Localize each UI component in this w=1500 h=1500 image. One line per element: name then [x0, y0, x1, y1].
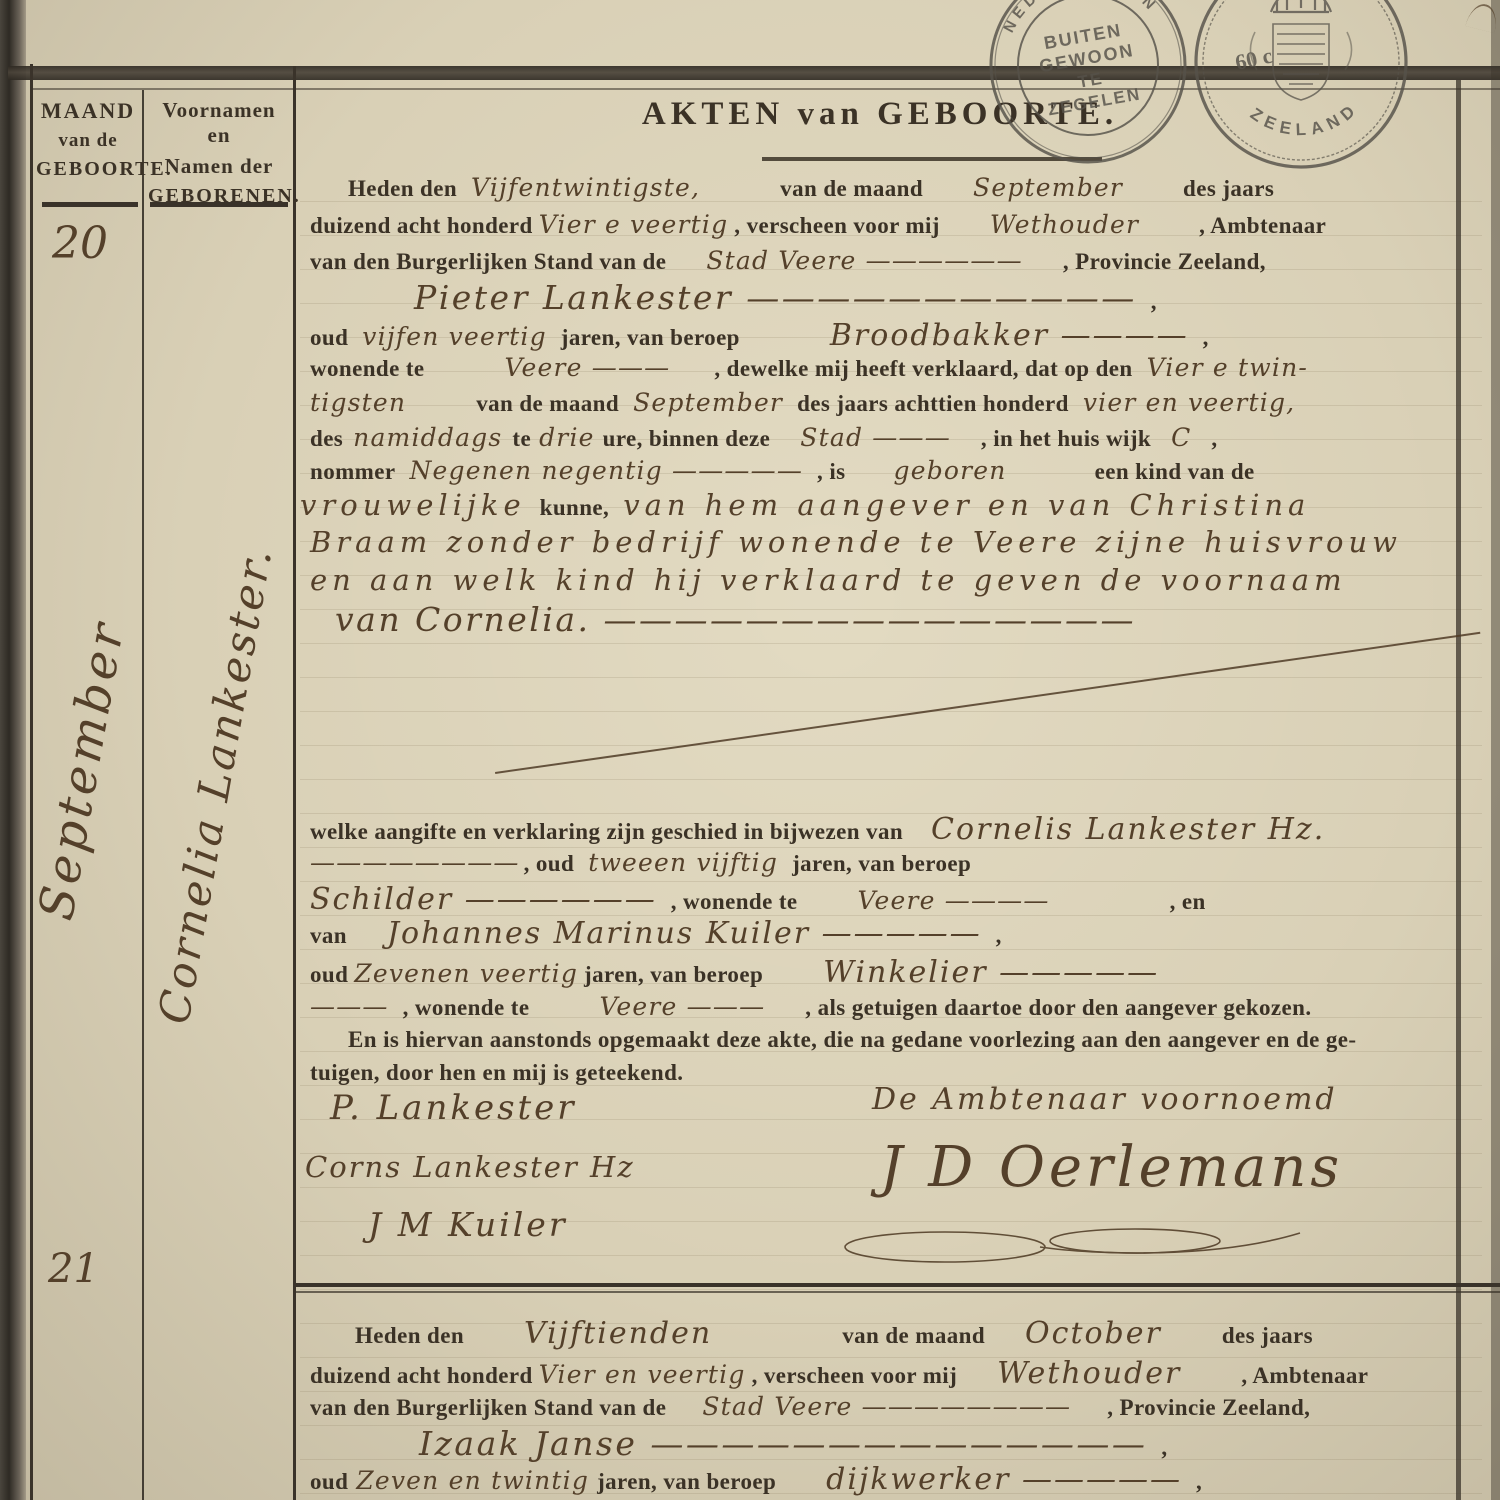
act2-line4: Izaak Janse ——————————————, — [310, 1424, 1500, 1463]
handwritten-age: vijfen veertig — [362, 322, 546, 351]
printed-text: En is hiervan aanstonds opgemaakt deze a… — [348, 1027, 1356, 1052]
printed-text: duizend acht honderd — [310, 213, 533, 238]
handwritten-witness2-residence: Veere ——— — [599, 992, 765, 1021]
col1-header-line1: MAAND — [36, 98, 140, 124]
act1-line13: van Cornelia. ——————————————— — [310, 600, 1500, 639]
handwritten-birth-month: September — [633, 388, 783, 417]
printed-text: oud — [310, 962, 348, 987]
printed-text: , verscheen voor mij — [734, 213, 940, 238]
printed-text: van de maand — [780, 176, 923, 201]
col2-header-line1: Voornamen en — [148, 98, 290, 148]
stamp2-region-text: ZEELAND — [1247, 98, 1363, 139]
act1-line9: nommerNegenen negentig —————, isgeborene… — [310, 456, 1485, 485]
act1-line20: En is hiervan aanstonds opgemaakt deze a… — [310, 1027, 1500, 1053]
handwritten-hour: drie — [539, 423, 595, 452]
printed-text: , Provincie Zeeland, — [1107, 1395, 1310, 1420]
printed-text: kunne, — [540, 495, 610, 520]
printed-text: , en — [1170, 889, 1206, 914]
handwritten-month: September — [973, 173, 1123, 202]
book-binding-edge — [0, 0, 26, 1500]
printed-text: jaren, van beroep — [584, 962, 763, 987]
handwritten-witness2-age: Zevenen veertig — [354, 959, 578, 988]
svg-text:ZEELAND: ZEELAND — [1247, 98, 1363, 139]
handwritten-birth-day-cont: tigsten — [310, 388, 406, 417]
act1-line14: welke aangifte en verklaring zijn geschi… — [310, 812, 1485, 847]
printed-text: nommer — [310, 459, 395, 484]
printed-text: jaren, van beroep — [561, 325, 740, 350]
act1-line12: en aan welk kind hij verklaard te geven … — [310, 563, 1485, 597]
handwritten-child-name: van Cornelia. ——————————————— — [335, 600, 1136, 639]
act1-line19: ———, wonende teVeere ———, als getuigen d… — [310, 992, 1485, 1021]
act1-line3: van den Burgerlijken Stand van deStad Ve… — [310, 246, 1485, 275]
act2-line1: Heden denVijftiendenvan de maandOctoberd… — [310, 1316, 1500, 1351]
handwritten-mother-intro: van hem aangever en van Christina — [623, 488, 1310, 522]
col2-header-line2: Namen der — [148, 154, 290, 179]
handwritten-day: Vijftienden — [524, 1316, 712, 1351]
handwritten-mother-details: Braam zonder bedrijf wonende te Veere zi… — [310, 525, 1402, 559]
col2-child-name-vertical: Cornelia Lankester. — [149, 542, 282, 1027]
act2-line2: duizend acht honderdVier en veertig, ver… — [310, 1356, 1485, 1391]
printed-text: des jaars — [1222, 1323, 1313, 1348]
act1-line7: tigstenvan de maandSeptemberdes jaars ac… — [310, 388, 1485, 417]
printed-text: , — [1203, 325, 1209, 350]
handwritten-witness1-residence: Veere ———— — [858, 886, 1050, 915]
column1-header: MAAND van de GEBOORTE. — [36, 98, 140, 181]
printed-text: van de maand — [476, 391, 619, 416]
printed-text: , als getuigen daartoe door den aangever… — [805, 995, 1311, 1020]
col1-header-rule — [42, 202, 138, 207]
handwritten-residence: Veere ——— — [505, 353, 671, 382]
handwritten-witness1-name: Cornelis Lankester Hz. — [931, 812, 1325, 847]
tax-stamp-zeeland: 60 c ZEELAND — [1185, 0, 1417, 174]
printed-text: , oud — [524, 851, 575, 876]
handwritten-age: Zeven en twintig — [356, 1466, 589, 1495]
printed-text: des jaars achttien honderd — [797, 391, 1069, 416]
signature-declarant: P. Lankester — [330, 1088, 577, 1128]
handwritten-year: Vier en veertig — [539, 1360, 746, 1389]
handwritten-occupation: Broodbakker ———— — [830, 318, 1189, 353]
act1-line2: duizend acht honderdVier e veertig, vers… — [310, 210, 1485, 239]
printed-text: des — [310, 426, 343, 451]
handwritten-birthplace: Stad ——— — [800, 423, 951, 452]
printed-text: ure, binnen deze — [603, 426, 771, 451]
printed-text: , in het huis wijk — [981, 426, 1151, 451]
handwritten-declarant-name: Izaak Janse —————————————— — [419, 1424, 1147, 1463]
handwritten-sex: vrouwelijke — [300, 488, 526, 522]
act1-line18: oudZevenen veertigjaren, van beroepWinke… — [310, 955, 1485, 990]
handwritten-born-word: geboren — [894, 456, 1007, 485]
handwritten-witness1-occupation: Schilder —————— — [310, 882, 657, 917]
printed-text: oud — [310, 325, 348, 350]
stamp1-center-line3: TE — [1076, 69, 1105, 92]
handwritten-occupation: dijkwerker ————— — [826, 1462, 1182, 1497]
signature-witness2: J M Kuiler — [368, 1205, 568, 1244]
municipal-ink-stamp: NEDERLANDEN BUITEN GEWOON TE ZEGELEN — [983, 0, 1193, 170]
handwritten-year: Vier e veertig — [539, 210, 729, 239]
signature-flourish — [835, 1215, 1305, 1275]
col1-header-line2: van de — [36, 130, 140, 152]
frame-left-border — [30, 64, 33, 1500]
act1-line6: wonende teVeere ———, dewelke mij heeft v… — [310, 353, 1485, 382]
page-edge-shadow — [1491, 0, 1500, 1500]
printed-text: , Ambtenaar — [1199, 213, 1326, 238]
printed-text: duizend acht honderd — [310, 1363, 533, 1388]
printed-text: van den Burgerlijken Stand van de — [310, 1395, 666, 1420]
handwritten-declarant-name: Pieter Lankester ——————————— — [414, 278, 1137, 317]
column-divider-1 — [142, 90, 144, 1500]
act1-line5: oudvijfen veertigjaren, van beroepBroodb… — [310, 318, 1485, 353]
printed-text: Heden den — [348, 176, 457, 201]
handwritten-district: C — [1171, 423, 1191, 452]
printed-text: , — [1161, 1435, 1167, 1460]
handwritten-place: Stad Veere ———————— — [702, 1392, 1071, 1421]
printed-text: jaren, van beroep — [597, 1469, 776, 1494]
printed-text: , verscheen voor mij — [752, 1363, 958, 1388]
printed-text: , wonende te — [403, 995, 530, 1020]
printed-text: , Ambtenaar — [1241, 1363, 1368, 1388]
handwritten-official-title: Wethouder — [997, 1356, 1181, 1391]
signature-witness1: Corns Lankester Hz — [305, 1150, 635, 1184]
stamp1-center-line4: ZEGELEN — [1046, 84, 1142, 119]
act1-line10: vrouwelijkekunne,van hem aangever en van… — [300, 488, 1475, 522]
acts-divider-rule-thin — [296, 1291, 1500, 1293]
printed-text: wonende te — [310, 356, 425, 381]
printed-text: van de maand — [842, 1323, 985, 1348]
act2-entry-number: 21 — [48, 1246, 99, 1292]
handwritten-month: October — [1025, 1316, 1162, 1351]
handwritten-official-title: Wethouder — [990, 210, 1139, 239]
act1-line15: ————————, oudtweeen vijftigjaren, van be… — [310, 848, 1485, 877]
scanned-birth-register-page: { "meta": { "document_type": "Dutch civi… — [0, 0, 1500, 1500]
printed-text: , is — [817, 459, 845, 484]
col1-month-vertical: September — [28, 616, 136, 924]
void-strike-through-line — [495, 632, 1480, 774]
handwritten-naming-clause: en aan welk kind hij verklaard te geven … — [310, 563, 1347, 597]
col2-header-line3: GEBORENEN. — [148, 185, 290, 208]
printed-text: , Provincie Zeeland, — [1063, 249, 1266, 274]
act1-line8: desnamiddagstedrieure, binnen dezeStad —… — [310, 423, 1485, 452]
acts-divider-rule — [296, 1283, 1500, 1287]
handwritten-witness2-name: Johannes Marinus Kuiler ————— — [387, 916, 982, 951]
printed-text: van den Burgerlijken Stand van de — [310, 249, 666, 274]
act2-line5: oudZeven en twintigjaren, van beroepdijk… — [310, 1462, 1485, 1497]
printed-text: tuigen, door hen en mij is geteekend. — [310, 1060, 683, 1085]
printed-text: , — [1151, 289, 1157, 314]
handwritten-place: Stad Veere —————— — [706, 246, 1022, 275]
handwritten-witness1-age: tweeen vijftig — [588, 848, 778, 877]
handwritten-daypart: namiddags — [353, 423, 502, 452]
printed-text: des jaars — [1183, 176, 1274, 201]
handwritten-dash: ——— — [310, 992, 389, 1021]
printed-text: welke aangifte en verklaring zijn geschi… — [310, 819, 903, 844]
handwritten-house-number: Negenen negentig ————— — [409, 456, 803, 485]
signature-registrar: J D Oerlemans — [880, 1135, 1343, 1200]
printed-text: van — [310, 923, 347, 948]
printed-text: , wonende te — [671, 889, 798, 914]
printed-text: een kind van de — [1095, 459, 1255, 484]
printed-text: , — [1211, 426, 1217, 451]
printed-text: jaren, van beroep — [792, 851, 971, 876]
handwritten-dash: ———————— — [310, 848, 520, 877]
column2-header: Voornamen en Namen der GEBORENEN. — [148, 98, 290, 208]
handwritten-birth-day: Vier e twin- — [1147, 353, 1308, 382]
col1-header-line3: GEBOORTE. — [36, 158, 140, 181]
handwritten-birth-year: vier en veertig, — [1083, 388, 1296, 417]
act1-line16: Schilder ——————, wonende teVeere ————, e… — [310, 882, 1485, 917]
act1-entry-number: 20 — [52, 218, 108, 269]
printed-text: , — [996, 923, 1002, 948]
printed-text: , — [1196, 1469, 1202, 1494]
act2-line3: van den Burgerlijken Stand van deStad Ve… — [310, 1392, 1485, 1421]
stamp2-denomination: 60 c — [1233, 43, 1275, 75]
act1-line11: Braam zonder bedrijf wonende te Veere zi… — [310, 525, 1485, 559]
printed-text: te — [512, 426, 531, 451]
printed-text: Heden den — [355, 1323, 464, 1348]
printed-text: oud — [310, 1469, 348, 1494]
handwritten-day: Vijfentwintigste, — [471, 173, 700, 202]
act1-line17: vanJohannes Marinus Kuiler —————, — [310, 916, 1485, 951]
act1-line1: Heden denVijfentwintigste,van de maandSe… — [310, 173, 1500, 202]
printed-text: , dewelke mij heeft verklaard, dat op de… — [714, 356, 1132, 381]
handwritten-witness2-occupation: Winkelier ————— — [823, 955, 1159, 990]
registrar-label: De Ambtenaar voornoemd — [872, 1082, 1338, 1117]
act1-line4: Pieter Lankester ———————————, — [310, 278, 1500, 317]
